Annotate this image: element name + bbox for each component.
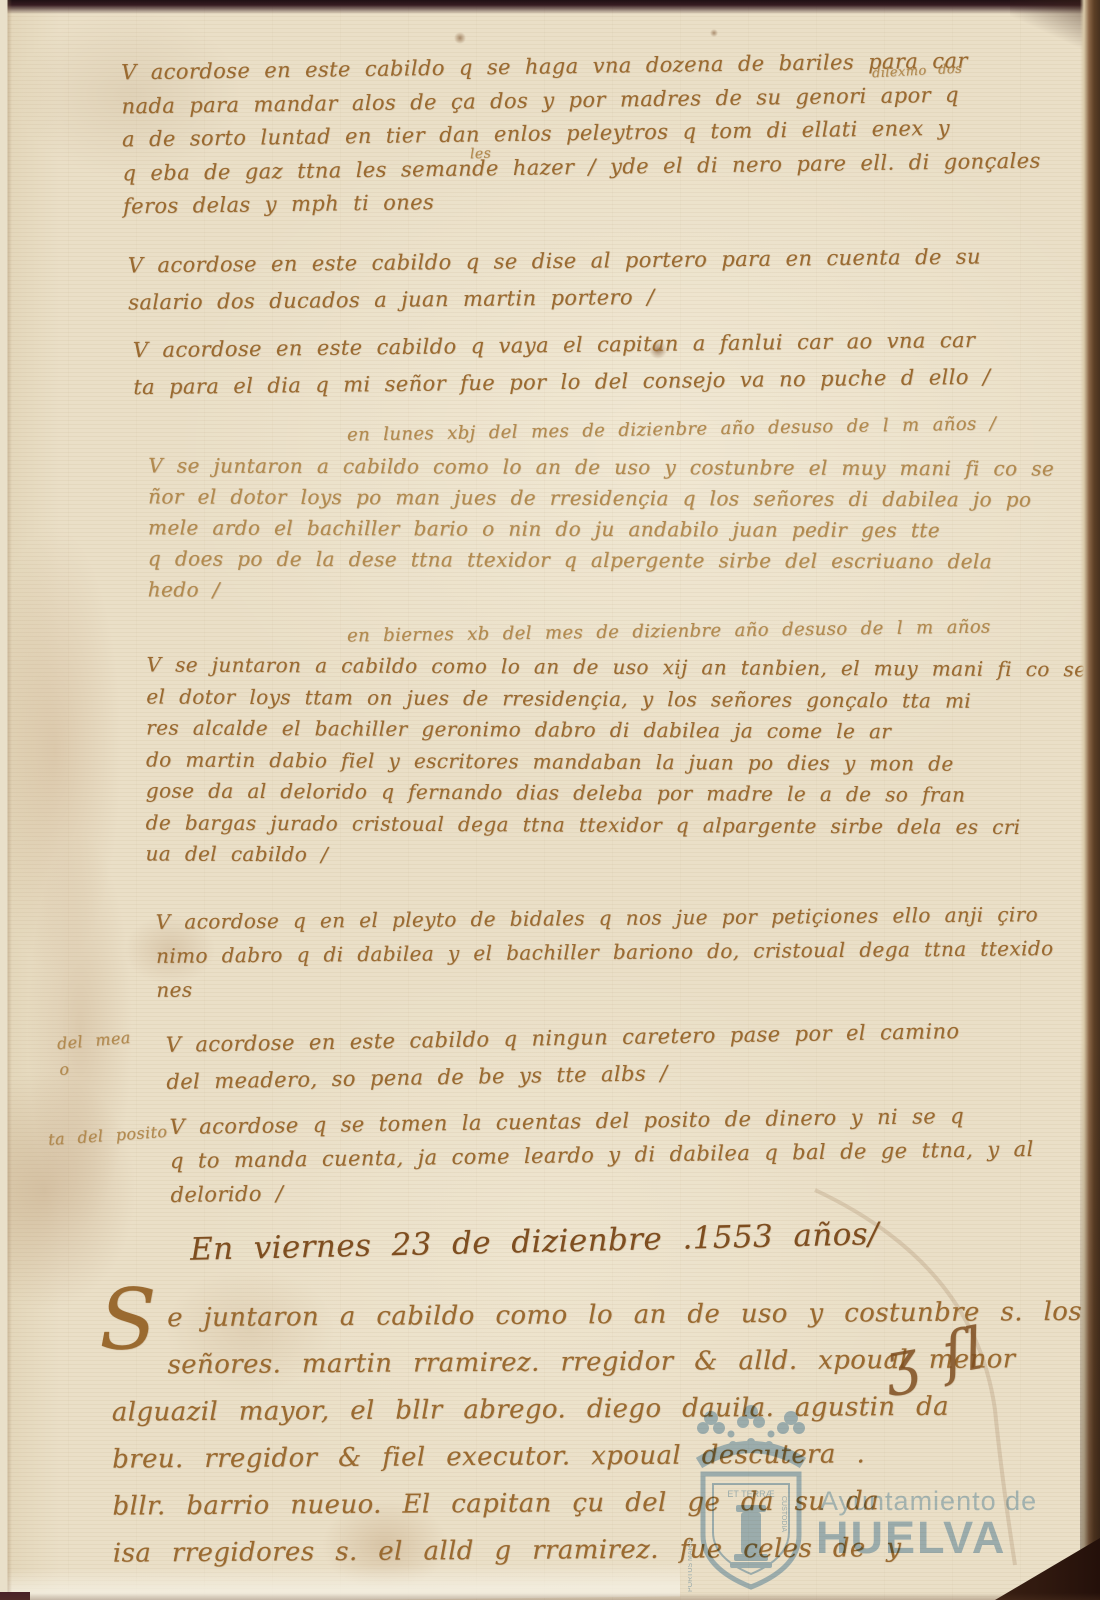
- entry-cuentas-posito: V acordose q se tomen la cuentas del pos…: [169, 1098, 1034, 1212]
- session-heading-lunes: en lunes xbj del mes de dizienbre año de…: [347, 413, 997, 445]
- handwritten-line: de bargas jurado cristoual dega ttna tte…: [146, 807, 1100, 844]
- manuscript-scan: V acordose en este cabildo q se haga vna…: [0, 0, 1100, 1600]
- handwritten-line: ua del cabildo /: [145, 838, 1100, 875]
- handwritten-line: V se juntaron a cabildo como lo an de us…: [146, 649, 1100, 686]
- handwritten-line: En viernes 23 de dizienbre .1553 años/: [190, 1216, 880, 1268]
- handwritten-line: bllr. barrio nueuo. El capitan çu del ge…: [112, 1476, 1100, 1530]
- session-lunes: V se juntaron a cabildo como lo an de us…: [148, 450, 1054, 608]
- margin-note-posito: ta del posito: [47, 1122, 167, 1149]
- entry-capitan: V acordose en este cabildo q vaya el cap…: [133, 322, 991, 406]
- handwritten-line: breu. rregidor & fiel executor. xpoual d…: [112, 1429, 1100, 1483]
- page-fold-left: [0, 0, 12, 1600]
- handwritten-line: en lunes xbj del mes de dizienbre año de…: [347, 413, 997, 445]
- entry-carretero: V acordose en este cabildo q ningun care…: [165, 1013, 960, 1101]
- entry-pleito-vidales: V acordose q en el pleyto de bidales q n…: [156, 897, 1054, 1007]
- interline-note: les: [470, 146, 492, 163]
- entry-portero: V acordose en este cabildo q se dise al …: [128, 239, 982, 322]
- handwritten-line: hedo /: [148, 574, 1054, 608]
- session-heading-viernes: en biernes xb del mes de dizienbre año d…: [347, 617, 991, 647]
- handwritten-line: el dotor loys ttam on jues de rresidençi…: [146, 681, 1100, 718]
- handwritten-line: res alcalde el bachiller geronimo dabro …: [146, 712, 1100, 749]
- handwritten-line: mele ardo el bachiller bario o nin do ju…: [148, 512, 1054, 546]
- initial-letter: S: [99, 1287, 157, 1351]
- date-heading: En viernes 23 de dizienbre .1553 años/: [190, 1216, 880, 1268]
- handwritten-line: do martin dabio fiel y escritores mandab…: [146, 744, 1100, 781]
- page-edge-bottom: [0, 1593, 1100, 1600]
- handwritten-line: ta del posito: [47, 1122, 167, 1149]
- handwritten-line: les: [470, 146, 492, 163]
- handwritten-line: q does po de la dese ttna ttexidor q alp…: [148, 543, 1054, 577]
- handwritten-line: gose da al delorido q fernando dias dele…: [146, 775, 1100, 812]
- handwritten-line: alguazil mayor, el bllr abrego. diego da…: [112, 1382, 1100, 1436]
- margin-note-camino: del meao: [56, 1025, 134, 1083]
- binding-edge-top: [0, 0, 1100, 16]
- session-viernes: V se juntaron a cabildo como lo an de us…: [145, 649, 1100, 875]
- handwritten-line: ñor el dotor loys po man jues de rreside…: [148, 481, 1054, 515]
- handwritten-line: salario dos ducados a juan martin porter…: [128, 276, 981, 322]
- handwritten-line: V se juntaron a cabildo como lo an de us…: [148, 450, 1054, 484]
- page-edge-right: [1080, 0, 1100, 1600]
- handwritten-line: en biernes xb del mes de dizienbre año d…: [347, 617, 991, 647]
